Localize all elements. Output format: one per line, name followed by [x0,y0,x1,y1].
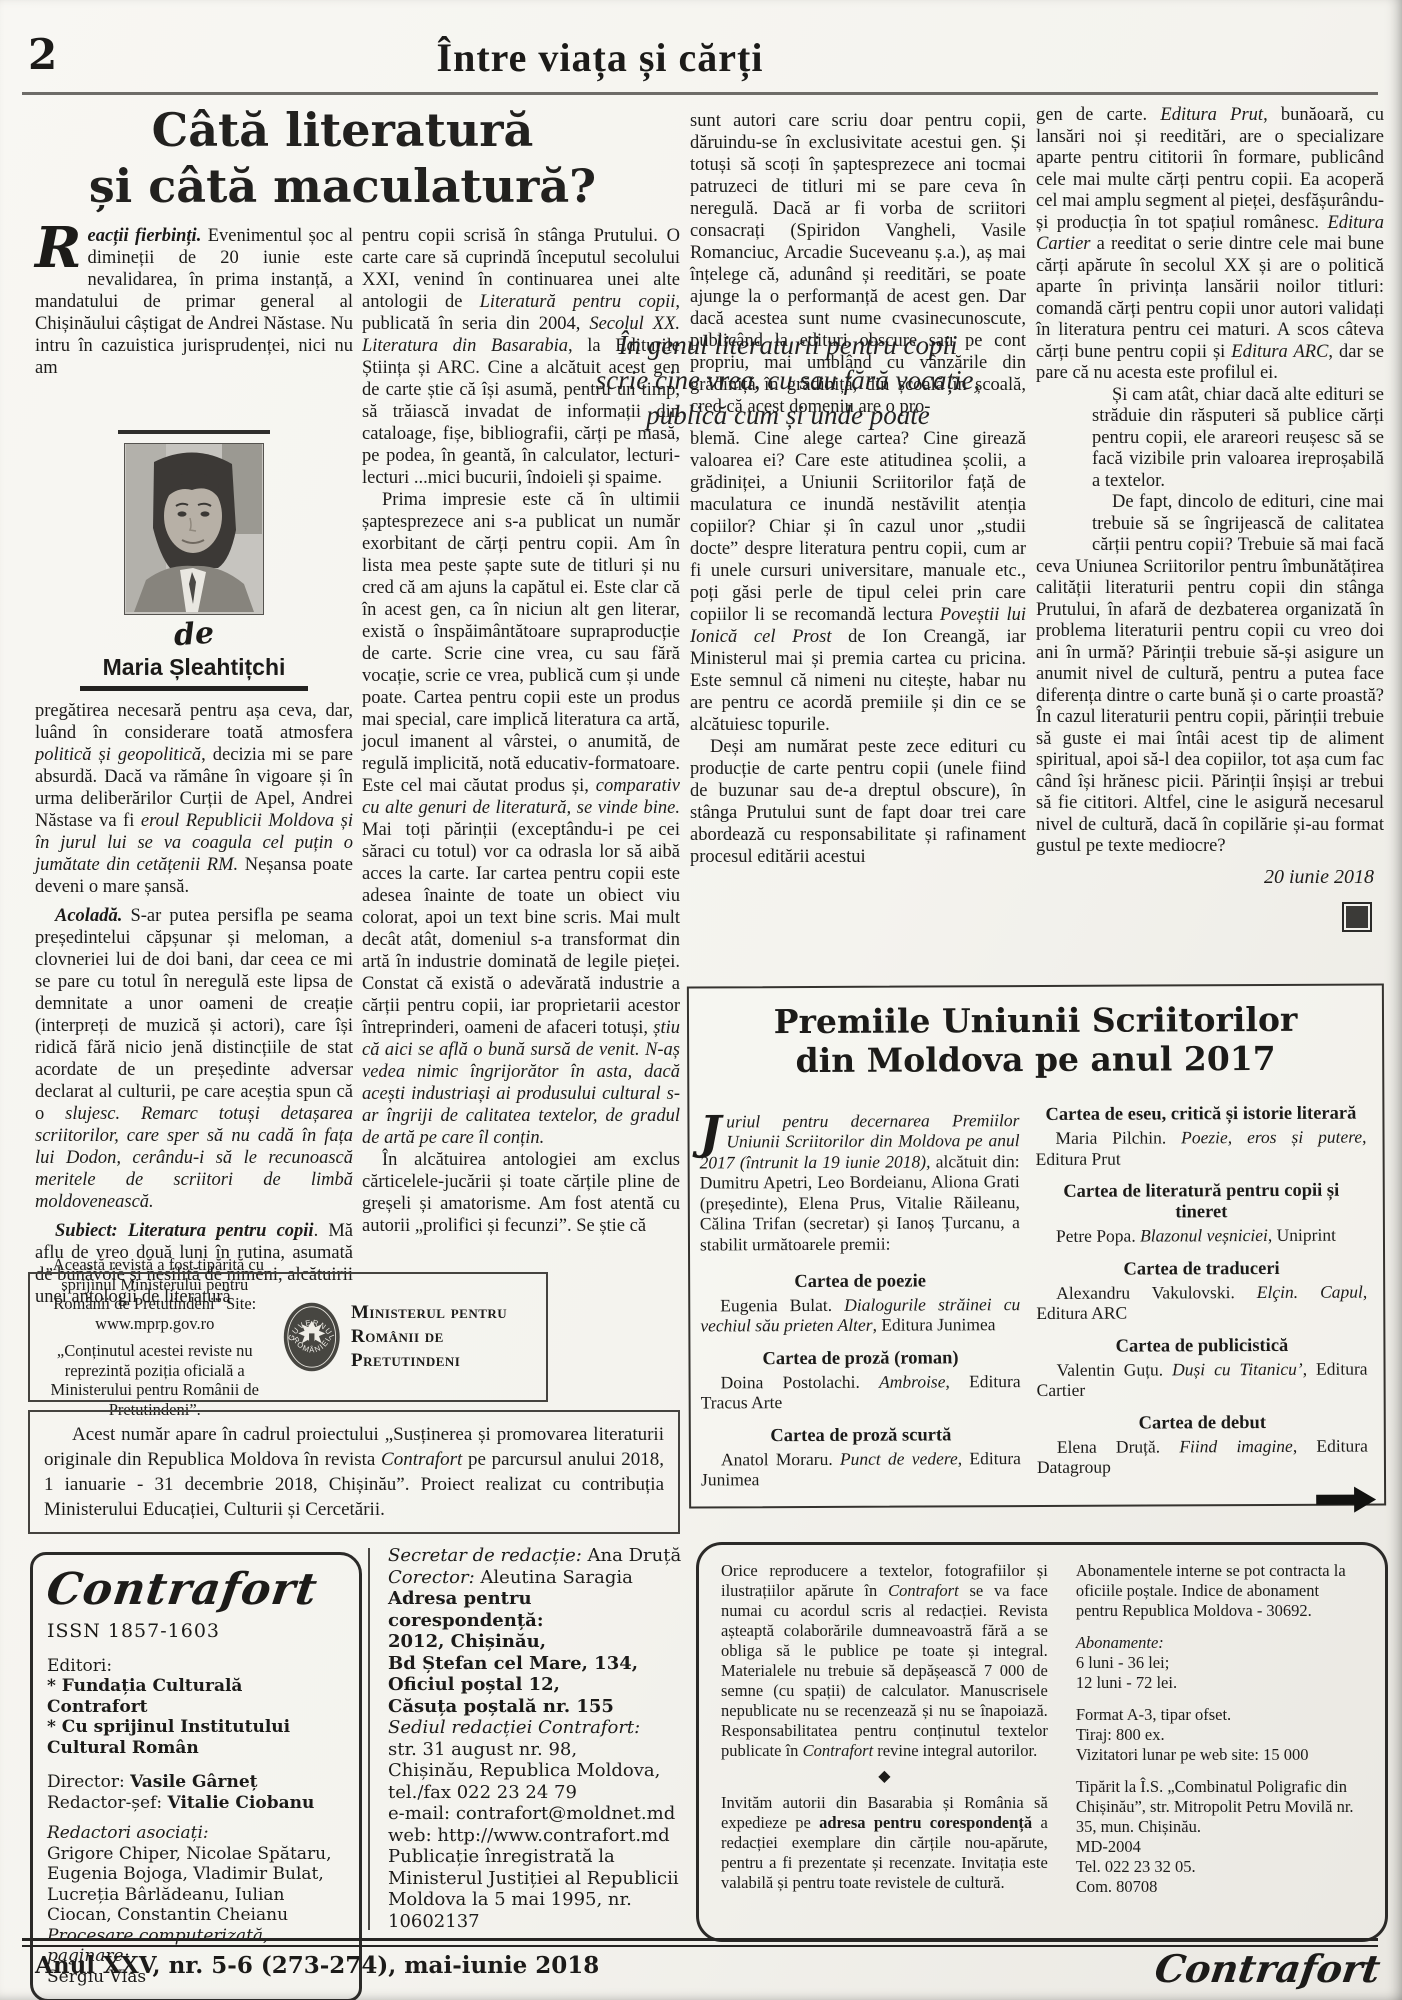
format-line: Format A-3, tipar ofset. [1076,1705,1363,1725]
award-category: Cartea de eseu, critică și istorie liter… [1035,1104,1366,1126]
paragraph: Deși am numărat peste zece edituri cu pr… [690,736,1026,868]
headline-line: Câtă literatură [55,102,630,158]
continuation-arrow-icon [1316,1485,1378,1520]
associate-editors: Grigore Chiper, Nicolae Spătaru, Eugenia… [47,1844,345,1926]
registration-note: Publicație înregistrată la Ministerul Ju… [388,1846,688,1932]
office-label: Sediul redacției Contrafort: [388,1717,688,1739]
portrait-illustration [126,444,262,612]
office-line: web: http://www.contrafort.md [388,1825,688,1847]
award-winner: Maria Pilchin. Poezie, eros și putere, E… [1035,1127,1366,1169]
award-category: Cartea de poezie [700,1271,1020,1293]
awards-box: Premiile Uniunii Scriitorilor din Moldov… [687,983,1386,1508]
diamond-separator-icon: ◆ [721,1767,1048,1787]
award-category: Cartea de traduceri [1036,1258,1367,1280]
subscription-line: 6 luni - 36 lei; [1076,1653,1363,1673]
secretary-line: Secretar de redacție: Ana Druță [388,1545,688,1567]
format-line: Vizitatori lunar pe web site: 15 000 [1076,1745,1363,1765]
layout-spacer [1036,385,1092,553]
masthead-logo: Contrafort [43,1565,348,1615]
project-note: Acest număr apare în cadrul proiectului … [44,1422,664,1522]
award-winner: Alexandru Vakulovski. Elçin. Capul, Edit… [1036,1281,1367,1323]
award-winner: Eugenia Bulat. Dialogurile străinei cu v… [700,1294,1020,1336]
pull-quote-line: scrie cine vrea, cu sau fără vocație, [498,363,1078,398]
awards-title: Premiile Uniunii Scriitorilor din Moldov… [699,1000,1372,1081]
paragraph: blemă. Cine alege cartea? Cine girează v… [690,428,1026,736]
subscription-label: Abonamente: [1076,1633,1363,1653]
newspaper-page: 2 Între viața și cărți Câtă literatură ș… [0,0,1402,2000]
address-label: Adresa pentru corespondență: [388,1588,688,1631]
editors-label: Editori: [47,1656,345,1677]
ministry-support-box: „Această revistă a fost tipărită cu spri… [28,1272,548,1402]
headline-line: și câtă maculatură? [55,158,630,214]
author-photo-block: de Maria Șleahtițchi [35,430,353,691]
associate-editors-label: Redactori asociați: [47,1823,345,1844]
section-title: Între viața și cărți [300,34,900,81]
issn: ISSN 1857-1603 [47,1621,345,1642]
paragraph: gen de carte. Editura Prut, bunăoară, cu… [1036,105,1384,385]
masthead-contact-column: Secretar de redacție: Ana Druță Corector… [388,1545,688,1932]
award-winner: Petre Popa. Blazonul veșniciei, Uniprint [1036,1225,1367,1247]
chief-editor-line: Redactor-șef: Vitalie Ciobanu [47,1793,345,1814]
ministry-name: Ministerul pentru Românii de Pretutinden… [351,1301,538,1373]
header-rule [22,92,1378,95]
award-winner: Doina Postolachi. Ambroise, Editura Trac… [701,1371,1021,1413]
article-column-1-continued: pregătirea necesară pentru așa ceva, dar… [35,700,353,1308]
awards-left-column: Juriul pentru decernarea Premiilor Uniun… [699,1092,1021,1490]
award-category: Cartea de literatură pentru copii și tin… [1036,1181,1367,1224]
award-winner: Valentin Guțu. Duși cu Titanicu’, Editur… [1036,1358,1367,1400]
paragraph: Acoladă. S-ar putea persifla pe seama pr… [35,905,353,1213]
paragraph: pregătirea necesară pentru așa ceva, dar… [35,700,353,898]
editor-item: * Cu sprijinul Institutului Cultural Rom… [47,1717,345,1758]
print-line: Com. 80708 [1076,1877,1363,1897]
ministry-quote-1: „Această revistă a fost tipărită cu spri… [38,1255,272,1333]
rights-note: Orice reproducere a textelor, fotografii… [721,1561,1048,1761]
ministry-quote-2: „Conținutul acestei reviste nu reprezint… [38,1341,272,1419]
divider [80,686,308,691]
address-line: Bd Ștefan cel Mare, 134, [388,1653,688,1675]
author-photo [124,443,264,615]
invitation-note: Invităm autorii din Basarabia și România… [721,1793,1048,1893]
editor-item: * Fundația Culturală Contrafort [47,1676,345,1717]
awards-right-column: Cartea de eseu, critică și istorie liter… [1035,1091,1368,1489]
subscription-line: 12 luni - 72 lei. [1076,1673,1363,1693]
award-winner: Elena Druță. Fiind imagine, Editura Data… [1037,1435,1368,1477]
article-column-1: Reacții fierbinți. Evenimentul șoc al di… [35,225,353,379]
footer-issue: Anul XXV, nr. 5-6 (273-274), mai-iunie 2… [35,1952,599,1979]
office-line: Chișinău, Republica Moldova, [388,1760,688,1782]
pull-quote: În genul literaturii pentru copii scrie … [498,328,1078,433]
article-date: 20 iunie 2018 [1036,867,1384,889]
office-line: tel./fax 022 23 24 79 [388,1782,688,1804]
print-info: Tipărit la Î.S. „Combinatul Poligrafic d… [1076,1777,1363,1837]
format-line: Tiraj: 800 ex. [1076,1725,1363,1745]
masthead-publisher-box: Contrafort ISSN 1857-1603 Editori: * Fun… [30,1552,362,2000]
paragraph: Și cam atât, chiar dacă alte edituri se … [1036,385,1384,493]
article-column-4: gen de carte. Editura Prut, bunăoară, cu… [1036,105,1384,932]
divider [118,430,270,434]
paragraph: Reacții fierbinți. Evenimentul șoc al di… [35,225,353,379]
subscription-intro: Abonamentele interne se pot contracta la… [1076,1561,1363,1621]
paragraph: Prima impresie este că în ultimii șaptes… [362,489,680,1149]
print-line: Tel. 022 23 32 05. [1076,1857,1363,1877]
masthead-notices-box: Orice reproducere a textelor, fotografii… [696,1542,1388,1942]
proofreader-line: Corector: Aleutina Saragia [388,1567,688,1589]
address-line: 2012, Chișinău, [388,1631,688,1653]
award-winner: Anatol Moraru. Punct de vedere, Editura … [701,1448,1021,1490]
office-line: e-mail: contrafort@moldnet.md [388,1803,688,1825]
project-note-box: Acest număr apare în cadrul proiectului … [28,1410,680,1534]
article-column-3-continued: blemă. Cine alege cartea? Cine girează v… [690,428,1026,868]
rights-column: Orice reproducere a textelor, fotografii… [721,1561,1048,1923]
jury-paragraph: Juriul pentru decernarea Premiilor Uniun… [699,1110,1020,1255]
footer-logo: Contrafort [1127,1946,1383,1991]
drop-cap: J [699,1111,726,1150]
end-mark-icon [1342,902,1372,932]
drop-cap: R [35,225,88,270]
column-rule [368,1548,370,1930]
subscriptions-column: Abonamentele interne se pot contracta la… [1076,1561,1363,1923]
office-line: str. 31 august nr. 98, [388,1739,688,1761]
address-line: Căsuța poștală nr. 155 [388,1696,688,1718]
article-headline: Câtă literatură și câtă maculatură? [55,102,630,214]
paragraph: În alcătuirea antologiei am exclus cărti… [362,1149,680,1237]
pull-quote-line: În genul literaturii pentru copii [498,328,1078,363]
address-line: Oficiul poștal 12, [388,1674,688,1696]
print-line: MD-2004 [1076,1837,1363,1857]
award-category: Cartea de proză scurtă [701,1425,1021,1447]
government-seal-icon: GUVERNUL ROMÂNIEI [282,1297,342,1377]
director-line: Director: Vasile Gârneț [47,1772,345,1793]
award-category: Cartea de debut [1037,1412,1368,1434]
award-category: Cartea de proză (roman) [700,1348,1020,1370]
award-category: Cartea de publicistică [1036,1335,1367,1357]
page-number: 2 [28,30,57,79]
